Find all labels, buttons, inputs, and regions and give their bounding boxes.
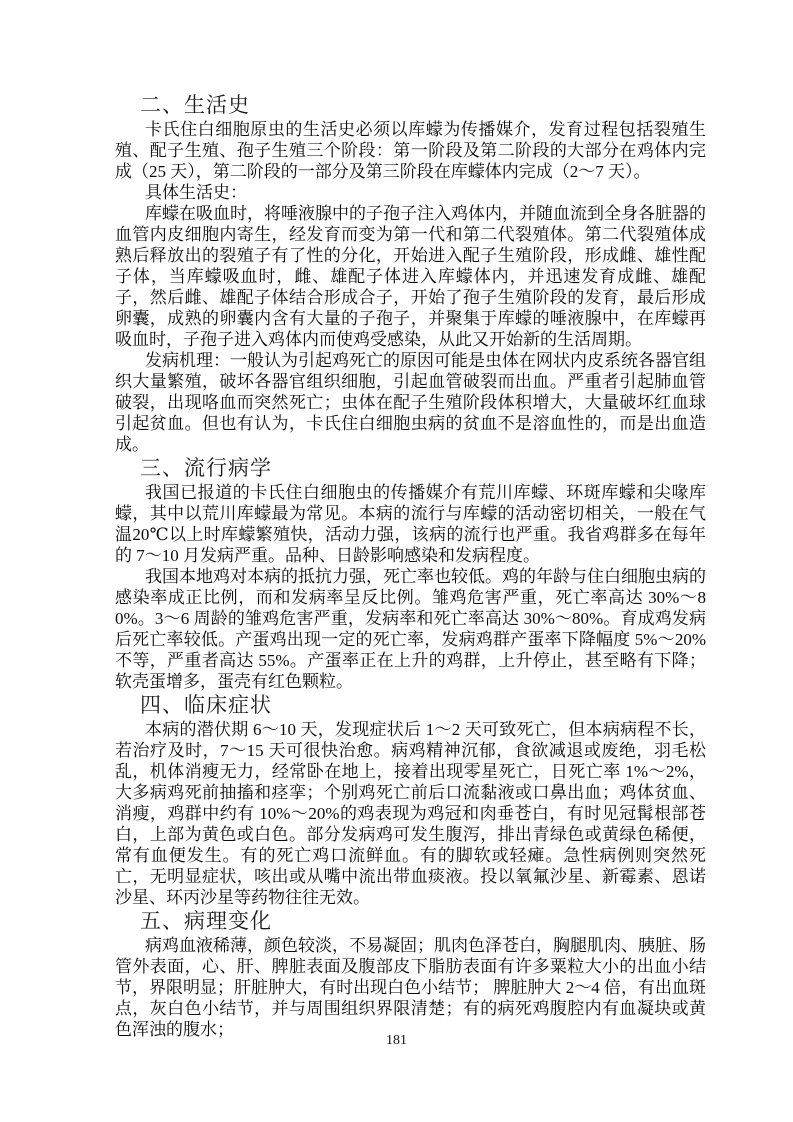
paragraph: 发病机理：一般认为引起鸡死亡的原因可能是虫体在网状内皮系统各器官组织大量繁殖，破… <box>115 350 706 455</box>
paragraph: 我国本地鸡对本病的抵抗力强，死亡率也较低。鸡的年龄与住白细胞虫病的感染率成正比例… <box>115 566 706 692</box>
section-heading: 三、流行病学 <box>115 455 706 481</box>
section-heading: 五、病理变化 <box>115 908 706 934</box>
paragraph: 卡氏住白细胞原虫的生活史必须以库蠓为传播媒介，发育过程包括裂殖生殖、配子生殖、孢… <box>115 119 706 182</box>
section-clinical-symptoms: 四、临床症状 本病的潜伏期 6～10 天，发现症状后 1～2 天可致死亡，但本病… <box>115 692 706 908</box>
section-heading: 四、临床症状 <box>115 692 706 718</box>
document-content: 二、生活史 卡氏住白细胞原虫的生活史必须以库蠓为传播媒介，发育过程包括裂殖生殖、… <box>115 92 706 1040</box>
section-pathological-changes: 五、病理变化 病鸡血液稀薄，颜色较淡，不易凝固；肌肉色泽苍白，胸腿肌肉、胰脏、肠… <box>115 908 706 1040</box>
section-life-history: 二、生活史 卡氏住白细胞原虫的生活史必须以库蠓为传播媒介，发育过程包括裂殖生殖、… <box>115 92 706 455</box>
document-page: 二、生活史 卡氏住白细胞原虫的生活史必须以库蠓为传播媒介，发育过程包括裂殖生殖、… <box>0 0 793 1122</box>
paragraph: 库蠓在吸血时，将唾液腺中的子孢子注入鸡体内，并随血流到全身各脏器的血管内皮细胞内… <box>115 203 706 350</box>
paragraph: 病鸡血液稀薄，颜色较淡，不易凝固；肌肉色泽苍白，胸腿肌肉、胰脏、肠管外表面，心、… <box>115 935 706 1040</box>
paragraph: 具体生活史： <box>115 182 706 203</box>
paragraph: 我国已报道的卡氏住白细胞虫的传播媒介有荒川库蠓、环斑库蠓和尖喙库蠓，其中以荒川库… <box>115 482 706 566</box>
section-heading: 二、生活史 <box>115 92 706 118</box>
page-number: 181 <box>0 1032 793 1050</box>
paragraph: 本病的潜伏期 6～10 天，发现症状后 1～2 天可致死亡，但本病病程不长，若治… <box>115 719 706 908</box>
section-epidemiology: 三、流行病学 我国已报道的卡氏住白细胞虫的传播媒介有荒川库蠓、环斑库蠓和尖喙库蠓… <box>115 455 706 692</box>
